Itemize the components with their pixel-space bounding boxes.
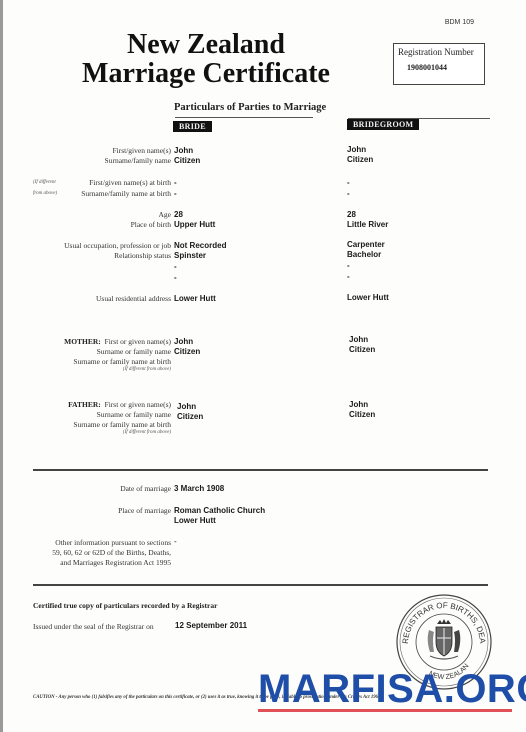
note-if-different: (If different (33, 180, 56, 185)
label-mother-surname: Surname or family name (97, 347, 171, 357)
label-father-first: FATHER: First or given name(s) (68, 400, 171, 410)
divider-bottom (33, 584, 488, 586)
bride-father-surname: Citizen (177, 412, 203, 422)
bridegroom-mother-first: John (349, 335, 368, 345)
label-age: Age (159, 210, 172, 220)
label-first-names: First/given name(s) (112, 146, 171, 156)
section-title: Particulars of Parties to Marriage (174, 102, 326, 113)
marriage-place-line2: Lower Hutt (174, 516, 216, 526)
watermark-underline (258, 709, 512, 712)
bride-extra-2: - (174, 273, 177, 283)
bridegroom-surname-birth: - (347, 189, 350, 199)
bride-column-header: BRIDE (173, 121, 212, 132)
bridegroom-father-surname: Citizen (349, 410, 375, 420)
certificate-title-line2: Marriage Certificate (0, 59, 412, 88)
label-place-of-marriage: Place of marriage (118, 506, 171, 516)
bridegroom-age: 28 (347, 210, 356, 220)
bridegroom-occupation: Carpenter (347, 240, 385, 250)
note-from-above: from above) (33, 191, 57, 196)
label-surname-birth: Surname/family name at birth (81, 189, 171, 199)
other-info-value: - (174, 537, 177, 547)
label-relationship-status: Relationship status (114, 251, 171, 261)
bride-surname: Citizen (174, 156, 200, 166)
label-other-info-1: Other information pursuant to sections (55, 538, 171, 548)
bride-surname-birth: - (174, 189, 177, 199)
registration-label: Registration Number (398, 47, 474, 57)
bride-occupation: Not Recorded (174, 241, 226, 251)
bridegroom-father-first: John (349, 400, 368, 410)
bridegroom-relationship-status: Bachelor (347, 250, 381, 260)
label-date-of-marriage: Date of marriage (120, 484, 171, 494)
label-father-surname: Surname or family name (97, 410, 171, 420)
label-first-names-birth: First/given name(s) at birth (89, 178, 171, 188)
bridegroom-address: Lower Hutt (347, 293, 389, 303)
marriage-date: 3 March 1908 (174, 484, 224, 494)
bridegroom-extra-2: - (347, 272, 350, 282)
label-occupation: Usual occupation, profession or job (64, 241, 171, 251)
label-place-of-birth: Place of birth (131, 220, 171, 230)
divider-top (33, 469, 488, 471)
form-code: BDM 109 (445, 19, 474, 26)
bride-relationship-status: Spinster (174, 251, 206, 261)
bride-mother-surname: Citizen (174, 347, 200, 357)
bride-rule (175, 117, 313, 118)
note-mother-if-different: (If different from above) (123, 366, 171, 373)
certificate-title-line1: New Zealand (0, 30, 412, 59)
bridegroom-column-header: BRIDEGROOM (347, 119, 419, 130)
issued-date: 12 September 2011 (175, 621, 247, 631)
bride-father-first: John (177, 402, 196, 412)
bridegroom-first-names-birth: - (347, 178, 350, 188)
bride-mother-first: John (174, 337, 193, 347)
bride-place-of-birth: Upper Hutt (174, 220, 215, 230)
bride-address: Lower Hutt (174, 294, 216, 304)
label-mother: MOTHER: (64, 337, 101, 346)
label-father: FATHER: (68, 400, 101, 409)
bride-first-names-birth: - (174, 178, 177, 188)
registration-box: Registration Number 1908001044 (393, 43, 485, 85)
bride-extra-1: - (174, 262, 177, 272)
bride-age: 28 (174, 210, 183, 220)
bridegroom-extra-1: - (347, 261, 350, 271)
note-father-if-different: (If different from above) (123, 429, 171, 436)
bridegroom-place-of-birth: Little River (347, 220, 388, 230)
bridegroom-surname: Citizen (347, 155, 373, 165)
bridegroom-first-names: John (347, 145, 366, 155)
issued-label: Issued under the seal of the Registrar o… (33, 622, 154, 631)
watermark-text: MARFISA.ORG (258, 667, 526, 711)
page-edge (0, 0, 3, 732)
label-mother-first: MOTHER: First or given name(s) (64, 337, 171, 347)
bridegroom-mother-surname: Citizen (349, 345, 375, 355)
label-other-info-2: 59, 60, 62 or 62D of the Births, Deaths, (52, 548, 171, 558)
bride-first-names: John (174, 146, 193, 156)
label-other-info-3: and Marriages Registration Act 1995 (60, 558, 171, 568)
label-residential-address: Usual residential address (96, 294, 171, 304)
certification-statement: Certified true copy of particulars recor… (33, 601, 217, 610)
label-surname: Surname/family name (105, 156, 171, 166)
registration-number: 1908001044 (407, 63, 447, 72)
marriage-place-line1: Roman Catholic Church (174, 506, 265, 516)
